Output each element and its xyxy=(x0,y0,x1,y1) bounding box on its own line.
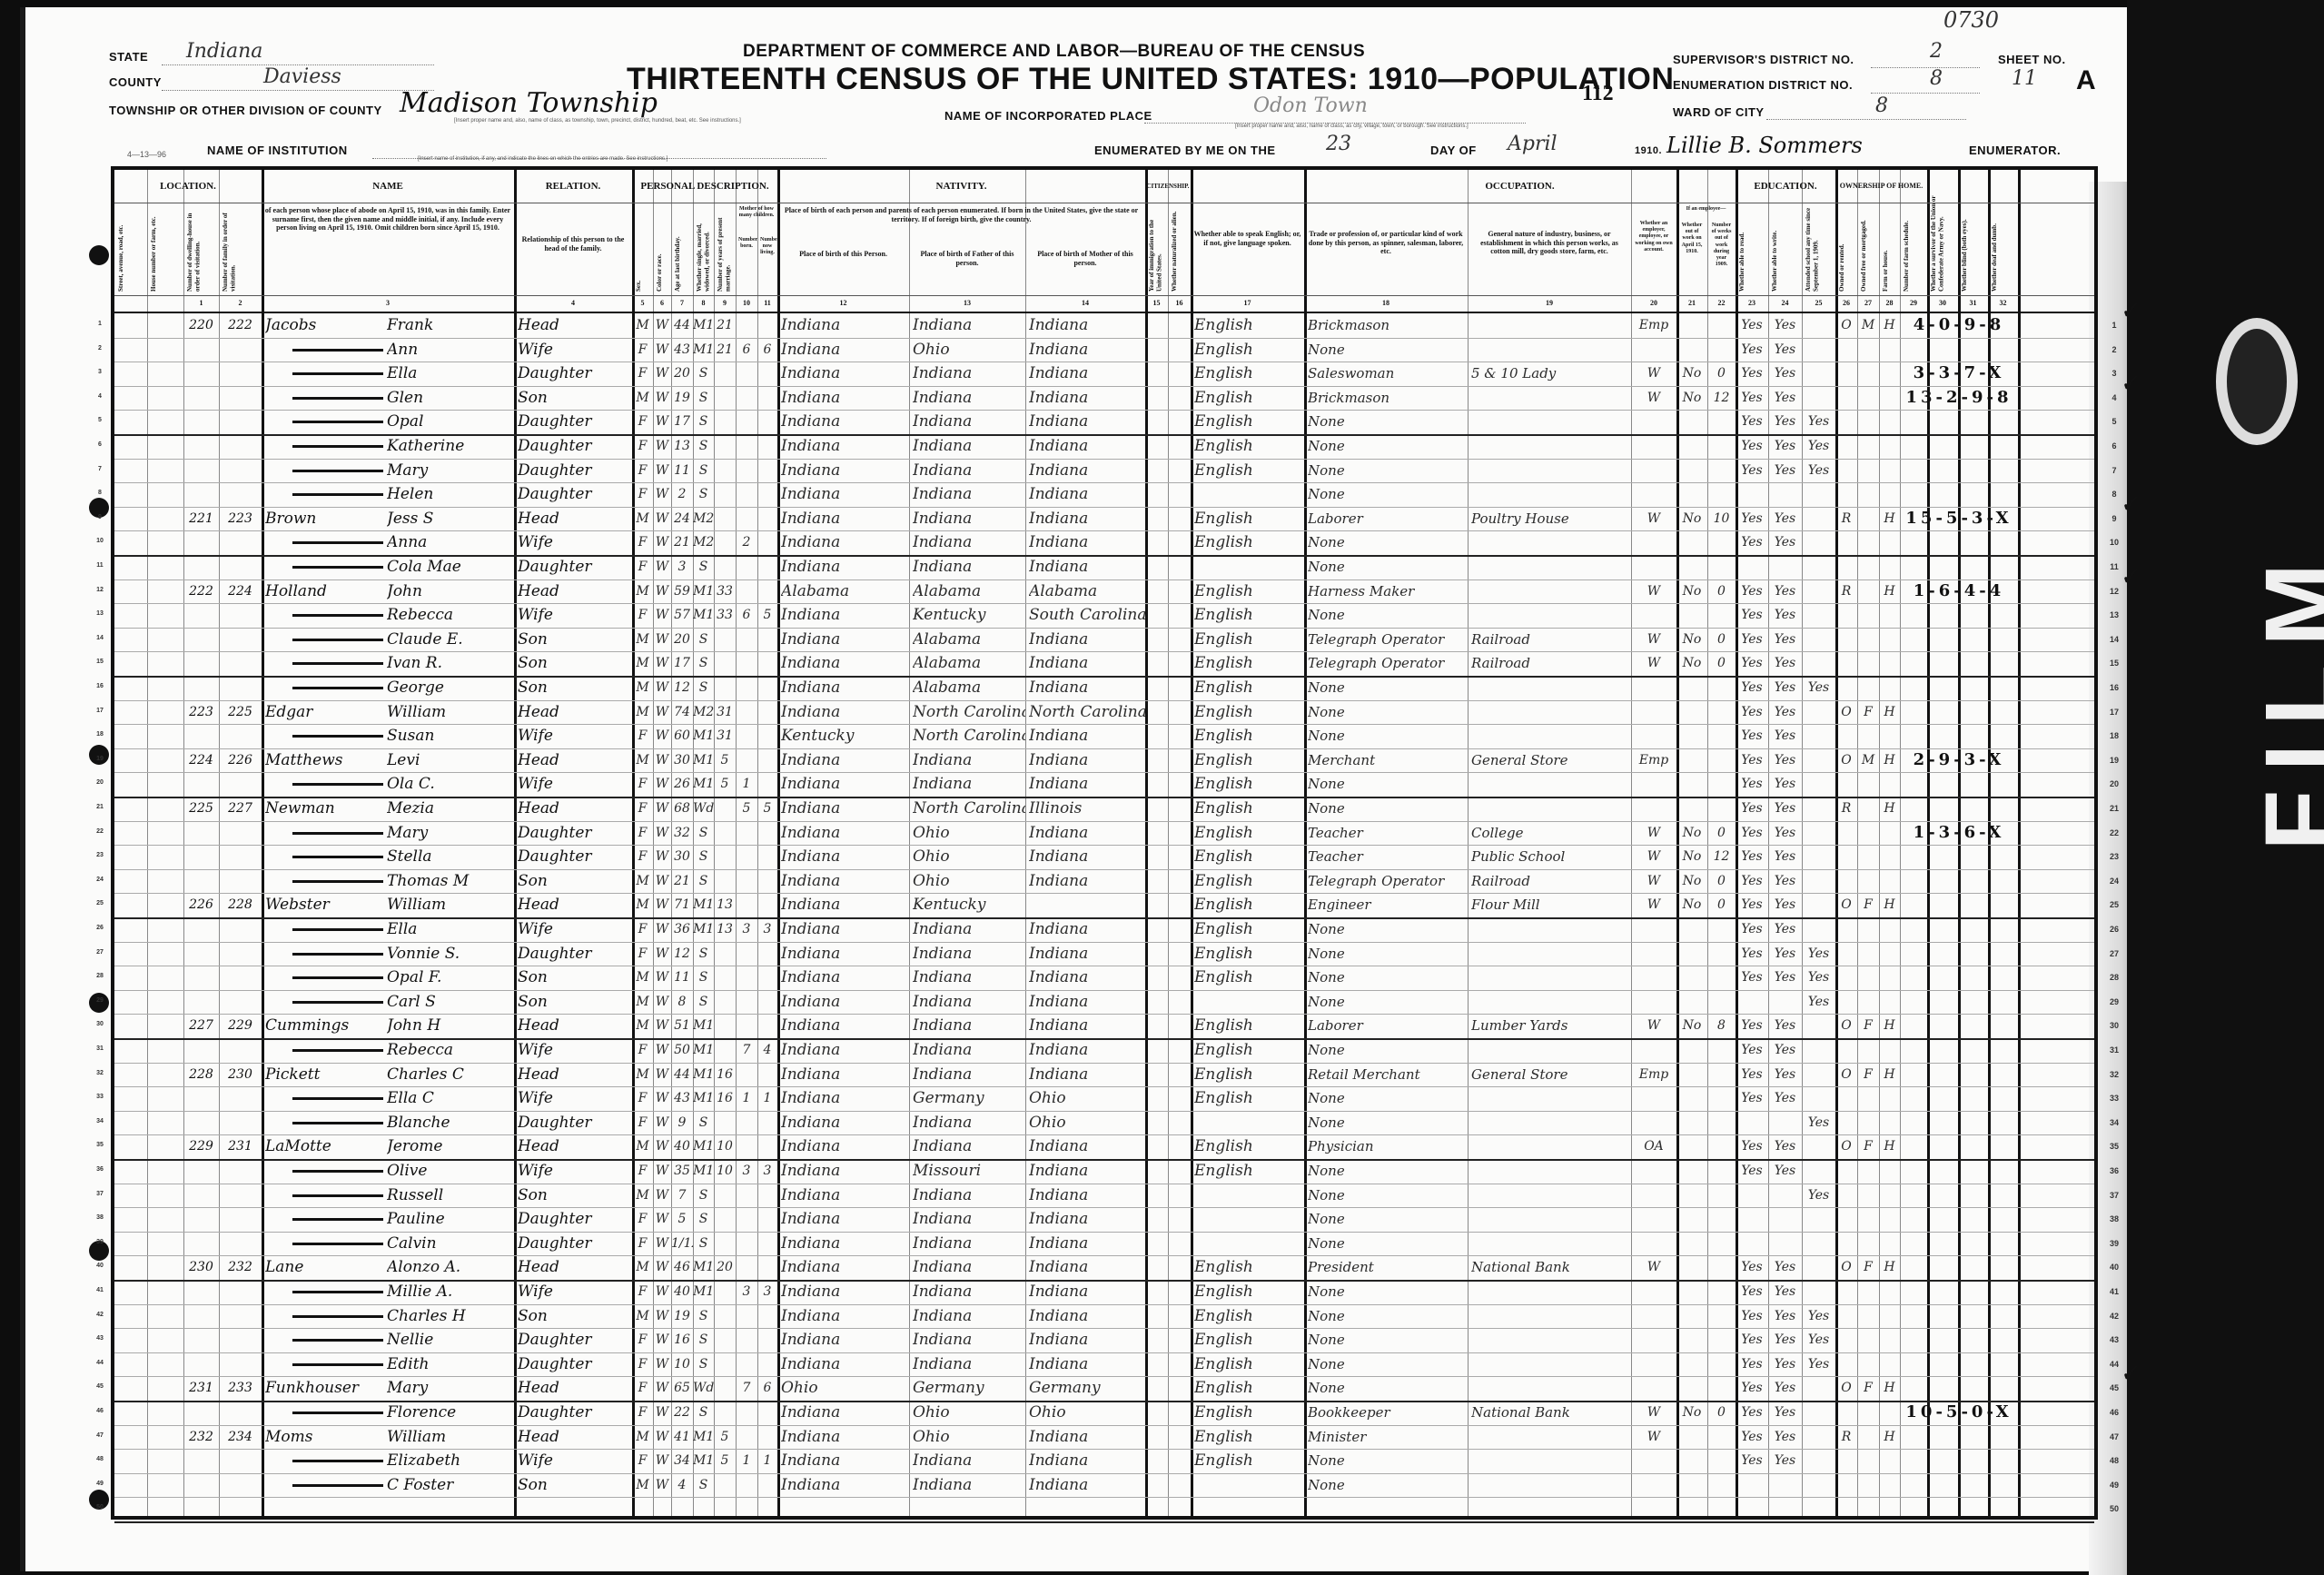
cell-bp: Indiana xyxy=(781,410,909,434)
cell-eng: English xyxy=(1194,1304,1304,1329)
cell-relation: Son xyxy=(518,966,632,990)
cell-relation: Wife xyxy=(518,603,632,628)
cell-bm: Indiana xyxy=(1029,1134,1145,1159)
table-row: OpalDaughterFW17SIndianaIndianaIndianaEn… xyxy=(114,410,2094,434)
cell-race: W xyxy=(653,942,671,966)
year-label: 1910. xyxy=(1635,145,1662,156)
cell-relation: Daughter xyxy=(518,459,632,483)
cell-marital: M1 xyxy=(693,579,714,604)
table-row: EdithDaughterFW10SIndianaIndianaIndianaE… xyxy=(114,1352,2094,1377)
cell-marital: S xyxy=(693,628,714,652)
cell-eng: English xyxy=(1194,362,1304,386)
cell-relation: Wife xyxy=(518,1449,632,1473)
cell-rd: Yes xyxy=(1736,845,1768,869)
cell-surname: Edgar xyxy=(265,700,374,725)
cell-given: Mary xyxy=(387,459,514,483)
cell-given: Ella C xyxy=(387,1086,514,1111)
cell-given: Ann xyxy=(387,338,514,362)
line-number-left: 29 xyxy=(91,997,109,1004)
cell-age: 2 xyxy=(671,482,693,507)
cell-wr: Yes xyxy=(1768,700,1802,725)
cell-race: W xyxy=(653,1232,671,1256)
cell-given: Mary xyxy=(387,821,514,846)
line-number: 21 xyxy=(2105,804,2123,813)
cell-sex: M xyxy=(632,748,653,773)
cell-wr: Yes xyxy=(1768,1280,1802,1304)
cell-trade: None xyxy=(1308,724,1468,748)
cell-marital: S xyxy=(693,845,714,869)
cell-wr: Yes xyxy=(1768,579,1802,604)
cell-bm: Indiana xyxy=(1029,1184,1145,1208)
cell-dwelling: 227 xyxy=(183,1014,219,1038)
line-number: 20 xyxy=(2105,779,2123,788)
ditto-mark xyxy=(292,832,383,835)
cell-sex: M xyxy=(632,1304,653,1329)
line-number: 50 xyxy=(2105,1504,2123,1513)
cell-eng: English xyxy=(1194,676,1304,700)
ditto-mark xyxy=(292,1484,383,1487)
table-row: MaryDaughterFW32SIndianaOhioIndianaEngli… xyxy=(114,821,2094,846)
cell-family: 225 xyxy=(219,700,262,725)
cell-race: W xyxy=(653,1473,671,1498)
cell-marital: Wd xyxy=(693,797,714,821)
ditto-mark xyxy=(292,639,383,641)
cell-born: 3 xyxy=(736,1159,757,1184)
cell-ow: No xyxy=(1676,821,1707,846)
cell-sex: F xyxy=(632,530,653,555)
cell-given: Ella xyxy=(387,362,514,386)
cell-age: 21 xyxy=(671,869,693,894)
cell-sex: M xyxy=(632,990,653,1015)
ditto-mark xyxy=(292,372,383,375)
cell-ow: No xyxy=(1676,893,1707,917)
cell-given: Susan xyxy=(387,724,514,748)
table-row: GeorgeSonMW12SIndianaAlabamaIndianaEngli… xyxy=(114,676,2094,700)
cell-given: Carl S xyxy=(387,990,514,1015)
cell-bp: Indiana xyxy=(781,1401,909,1425)
table-row: Ola C.WifeFW26M151IndianaIndianaIndianaE… xyxy=(114,772,2094,797)
cell-bp: Alabama xyxy=(781,579,909,604)
cell-bf: Indiana xyxy=(913,1134,1025,1159)
table-row: 229231LaMotteJeromeHeadMW40M110IndianaIn… xyxy=(114,1134,2094,1159)
cell-extra: 10-5-0-X xyxy=(1900,1401,2018,1425)
cell-bp: Indiana xyxy=(781,1111,909,1135)
cell-given: Russell xyxy=(387,1184,514,1208)
cell-marital: M1 xyxy=(693,1425,714,1450)
cell-emp: W xyxy=(1631,628,1676,652)
cell-industry: National Bank xyxy=(1471,1401,1631,1425)
cell-eng: English xyxy=(1194,603,1304,628)
cell-wr: Yes xyxy=(1768,1449,1802,1473)
cell-age: 13 xyxy=(671,434,693,459)
cell-rd: Yes xyxy=(1736,386,1768,411)
cell-trade: None xyxy=(1308,1207,1468,1232)
cell-sch: Yes xyxy=(1802,990,1835,1015)
state-value: Indiana xyxy=(186,40,262,63)
cell-sex: M xyxy=(632,313,653,338)
cell-own: O xyxy=(1835,748,1857,773)
cell-race: W xyxy=(653,1207,671,1232)
sheet-label: SHEET NO. xyxy=(1998,53,2066,66)
cell-trade: None xyxy=(1308,1232,1468,1256)
cell-trade: Telegraph Operator xyxy=(1308,651,1468,676)
cell-free: F xyxy=(1857,1255,1879,1280)
line-number-left: 44 xyxy=(91,1360,109,1366)
cell-bm: South Carolina xyxy=(1029,603,1145,628)
cell-given: Mezia xyxy=(387,797,514,821)
cell-rd: Yes xyxy=(1736,1304,1768,1329)
sheet-value: 11 xyxy=(2012,67,2037,90)
cell-sex: M xyxy=(632,1255,653,1280)
cell-race: W xyxy=(653,821,671,846)
header-out-of-work: Whether out of work on April 15, 1910. xyxy=(1676,219,1707,292)
cell-age: 44 xyxy=(671,313,693,338)
header-industry: General nature of industry, business, or… xyxy=(1468,203,1631,295)
cell-fh: H xyxy=(1879,579,1900,604)
cell-family: 227 xyxy=(219,797,262,821)
column-number: 9 xyxy=(714,295,736,312)
table-row: StellaDaughterFW30SIndianaOhioIndianaEng… xyxy=(114,845,2094,869)
cell-bm: Indiana xyxy=(1029,507,1145,531)
cell-sch: Yes xyxy=(1802,942,1835,966)
cell-given: Jerome xyxy=(387,1134,514,1159)
cell-marital: S xyxy=(693,555,714,579)
cell-extra: 15-5-3-X xyxy=(1900,507,2018,531)
cell-industry: National Bank xyxy=(1471,1255,1631,1280)
ditto-mark xyxy=(292,1170,383,1173)
cell-age: 19 xyxy=(671,386,693,411)
header-street: Street, avenue, road, etc. xyxy=(114,203,147,295)
cell-marital: M1 xyxy=(693,338,714,362)
line-number: 43 xyxy=(2105,1335,2123,1344)
cell-given: William xyxy=(387,893,514,917)
cell-fh: H xyxy=(1879,1014,1900,1038)
cell-bm: Indiana xyxy=(1029,990,1145,1015)
cell-emp: OA xyxy=(1631,1134,1676,1159)
line-number-left: 24 xyxy=(91,877,109,883)
cell-age: 71 xyxy=(671,893,693,917)
table-row: 232234MomsWilliamHeadMW41M15IndianaOhioI… xyxy=(114,1425,2094,1450)
cell-bm: Indiana xyxy=(1029,1473,1145,1498)
cell-bp: Indiana xyxy=(781,482,909,507)
header-school: Attended school any time since September… xyxy=(1802,203,1835,295)
cell-industry: Public School xyxy=(1471,845,1631,869)
cell-age: 5 xyxy=(671,1207,693,1232)
ditto-mark xyxy=(292,1218,383,1221)
cell-given: Opal F. xyxy=(387,966,514,990)
line-number: 46 xyxy=(2105,1408,2123,1417)
cell-bf: Alabama xyxy=(913,579,1025,604)
cell-marital: M2 xyxy=(693,530,714,555)
cell-years: 31 xyxy=(714,724,736,748)
cell-bp: Indiana xyxy=(781,1063,909,1087)
line-number-left: 30 xyxy=(91,1021,109,1027)
ditto-mark xyxy=(292,1097,383,1100)
cell-trade: Telegraph Operator xyxy=(1308,628,1468,652)
cell-marital: S xyxy=(693,386,714,411)
cell-marital: M1 xyxy=(693,1038,714,1063)
cell-rd: Yes xyxy=(1736,1134,1768,1159)
header-farm-schedule: Number of farm schedule. xyxy=(1900,203,1927,295)
column-number: 26 xyxy=(1835,295,1857,312)
cell-ow: No xyxy=(1676,628,1707,652)
header-english: Whether able to speak English; or, if no… xyxy=(1191,203,1304,295)
line-number-left: 21 xyxy=(91,804,109,810)
cell-bm: Indiana xyxy=(1029,555,1145,579)
cell-trade: Laborer xyxy=(1308,507,1468,531)
cell-free: M xyxy=(1857,748,1879,773)
cell-given: Vonnie S. xyxy=(387,942,514,966)
line-number-left: 10 xyxy=(91,538,109,544)
cell-bf: North Carolina xyxy=(913,724,1025,748)
cell-race: W xyxy=(653,579,671,604)
cell-family: 224 xyxy=(219,579,262,604)
line-number-left: 9 xyxy=(91,514,109,520)
cell-age: 1/12 xyxy=(671,1232,693,1256)
cell-race: W xyxy=(653,869,671,894)
cell-family: 230 xyxy=(219,1063,262,1087)
cell-sch: Yes xyxy=(1802,459,1835,483)
cell-race: W xyxy=(653,1376,671,1401)
cell-dwelling: 230 xyxy=(183,1255,219,1280)
cell-race: W xyxy=(653,1425,671,1450)
ditto-mark xyxy=(292,541,383,544)
cell-eng: English xyxy=(1194,313,1304,338)
cell-trade: None xyxy=(1308,1159,1468,1184)
cell-wr: Yes xyxy=(1768,1038,1802,1063)
header-color: Color or race. xyxy=(653,203,671,295)
cell-years: 21 xyxy=(714,313,736,338)
cell-eng: English xyxy=(1194,893,1304,917)
cell-given: Blanche xyxy=(387,1111,514,1135)
cell-rd: Yes xyxy=(1736,772,1768,797)
column-number: 7 xyxy=(671,295,693,312)
cell-emp: W xyxy=(1631,893,1676,917)
cell-bf: Indiana xyxy=(913,482,1025,507)
table-row: 224226MatthewsLeviHeadMW30M15IndianaIndi… xyxy=(114,748,2094,773)
cell-marital: M1 xyxy=(693,1449,714,1473)
cell-bm: Indiana xyxy=(1029,482,1145,507)
line-number-left: 11 xyxy=(91,562,109,569)
cell-emp: Emp xyxy=(1631,748,1676,773)
line-number-left: 5 xyxy=(91,417,109,423)
cell-eng: English xyxy=(1194,797,1304,821)
cell-wr: Yes xyxy=(1768,362,1802,386)
cell-trade: Physician xyxy=(1308,1134,1468,1159)
cell-bp: Indiana xyxy=(781,1014,909,1038)
cell-trade: None xyxy=(1308,555,1468,579)
group-education: EDUCATION. xyxy=(1736,170,1835,203)
cell-sex: F xyxy=(632,434,653,459)
cell-race: W xyxy=(653,1038,671,1063)
cell-age: 51 xyxy=(671,1014,693,1038)
cell-industry: Lumber Yards xyxy=(1471,1014,1631,1038)
cell-marital: M1 xyxy=(693,893,714,917)
line-number: 47 xyxy=(2105,1432,2123,1441)
cell-bf: Alabama xyxy=(913,676,1025,700)
cell-surname: Webster xyxy=(265,893,374,917)
cell-given: Ola C. xyxy=(387,772,514,797)
cell-own: O xyxy=(1835,893,1857,917)
cell-given: Pauline xyxy=(387,1207,514,1232)
cell-ow: No xyxy=(1676,507,1707,531)
table-row: RebeccaWifeFW50M174IndianaIndianaIndiana… xyxy=(114,1038,2094,1063)
cell-bm: Indiana xyxy=(1029,676,1145,700)
cell-bf: Missouri xyxy=(913,1159,1025,1184)
enumerator-name: Lillie B. Sommers xyxy=(1666,133,1863,158)
ditto-mark xyxy=(292,349,383,352)
cell-emp: W xyxy=(1631,362,1676,386)
cell-trade: None xyxy=(1308,1376,1468,1401)
cell-bf: Kentucky xyxy=(913,893,1025,917)
cell-born: 3 xyxy=(736,1280,757,1304)
cell-bp: Indiana xyxy=(781,1232,909,1256)
cell-bp: Indiana xyxy=(781,1134,909,1159)
column-number: 31 xyxy=(1958,295,1988,312)
cell-race: W xyxy=(653,434,671,459)
group-citizenship: CITIZENSHIP. xyxy=(1145,170,1191,203)
cell-bf: Indiana xyxy=(913,772,1025,797)
cell-trade: None xyxy=(1308,797,1468,821)
line-number: 19 xyxy=(2105,756,2123,765)
cell-age: 32 xyxy=(671,821,693,846)
line-number-left: 7 xyxy=(91,466,109,472)
cell-surname: LaMotte xyxy=(265,1134,374,1159)
cell-bp: Indiana xyxy=(781,555,909,579)
cell-sex: F xyxy=(632,1401,653,1425)
table-row: 220222JacobsFrankHeadMW44M121IndianaIndi… xyxy=(114,313,2094,338)
cell-emp: W xyxy=(1631,845,1676,869)
column-number: 1 xyxy=(183,295,219,312)
cell-bf: Indiana xyxy=(913,434,1025,459)
cell-trade: None xyxy=(1308,1086,1468,1111)
cell-rd: Yes xyxy=(1736,1063,1768,1087)
cell-given: Levi xyxy=(387,748,514,773)
sheet-letter: A xyxy=(2076,65,2096,96)
cell-sex: F xyxy=(632,482,653,507)
cell-age: 8 xyxy=(671,990,693,1015)
line-number-left: 48 xyxy=(91,1456,109,1462)
cell-eng: English xyxy=(1194,459,1304,483)
cell-years: 5 xyxy=(714,748,736,773)
line-number-left: 12 xyxy=(91,587,109,593)
cell-age: 43 xyxy=(671,338,693,362)
cell-eng: English xyxy=(1194,1134,1304,1159)
line-number-left: 22 xyxy=(91,828,109,835)
cell-bm: Indiana xyxy=(1029,1207,1145,1232)
cell-industry: General Store xyxy=(1471,748,1631,773)
cell-emp: W xyxy=(1631,869,1676,894)
cell-relation: Son xyxy=(518,651,632,676)
cell-bm: Indiana xyxy=(1029,821,1145,846)
cell-race: W xyxy=(653,338,671,362)
cell-eng: English xyxy=(1194,651,1304,676)
ditto-mark xyxy=(292,614,383,617)
cell-rd: Yes xyxy=(1736,651,1768,676)
cell-relation: Son xyxy=(518,1304,632,1329)
cell-bf: Indiana xyxy=(913,459,1025,483)
line-number-left: 27 xyxy=(91,949,109,956)
cell-wr: Yes xyxy=(1768,1328,1802,1352)
table-row: FlorenceDaughterFW22SIndianaOhioOhioEngl… xyxy=(114,1401,2094,1425)
cell-marital: S xyxy=(693,869,714,894)
cell-relation: Head xyxy=(518,579,632,604)
line-number: 48 xyxy=(2105,1456,2123,1465)
cell-living: 5 xyxy=(757,603,777,628)
cell-wr: Yes xyxy=(1768,966,1802,990)
cell-wr: Yes xyxy=(1768,748,1802,773)
cell-fh: H xyxy=(1879,1425,1900,1450)
cell-marital: M1 xyxy=(693,917,714,942)
cell-trade: None xyxy=(1308,1304,1468,1329)
cell-fh: H xyxy=(1879,1376,1900,1401)
line-number-left: 4 xyxy=(91,393,109,400)
table-row: PaulineDaughterFW5SIndianaIndianaIndiana… xyxy=(114,1207,2094,1232)
cell-wr: Yes xyxy=(1768,434,1802,459)
cell-wr: Yes xyxy=(1768,603,1802,628)
cell-emp: Emp xyxy=(1631,313,1676,338)
line-number: 22 xyxy=(2105,828,2123,837)
table-row: 231233FunkhouserMaryHeadFW65Wd76OhioGerm… xyxy=(114,1376,2094,1401)
line-number-left: 38 xyxy=(91,1214,109,1221)
cell-bm: Indiana xyxy=(1029,530,1145,555)
line-number-left: 20 xyxy=(91,779,109,786)
cell-wr: Yes xyxy=(1768,1134,1802,1159)
cell-bm: Indiana xyxy=(1029,1352,1145,1377)
cell-race: W xyxy=(653,628,671,652)
cell-years: 21 xyxy=(714,338,736,362)
cell-age: 30 xyxy=(671,845,693,869)
cell-bf: Ohio xyxy=(913,1401,1025,1425)
cell-bf: Indiana xyxy=(913,748,1025,773)
enumeration-label: ENUMERATION DISTRICT NO. xyxy=(1673,78,1853,92)
cell-years: 10 xyxy=(714,1159,736,1184)
cell-relation: Son xyxy=(518,990,632,1015)
cell-age: 68 xyxy=(671,797,693,821)
cell-living: 5 xyxy=(757,797,777,821)
line-number: 33 xyxy=(2105,1094,2123,1103)
line-number: 29 xyxy=(2105,997,2123,1006)
cell-age: 57 xyxy=(671,603,693,628)
state-label: STATE xyxy=(109,50,148,64)
cell-industry: General Store xyxy=(1471,1063,1631,1087)
line-number-left: 13 xyxy=(91,610,109,617)
cell-living: 6 xyxy=(757,1376,777,1401)
cell-bf: Indiana xyxy=(913,1328,1025,1352)
table-row: RussellSonMW7SIndianaIndianaIndianaNoneY… xyxy=(114,1184,2094,1208)
header-weeks-out: Number of weeks out of work during year … xyxy=(1707,219,1736,292)
cell-marital: M1 xyxy=(693,1280,714,1304)
cell-dwelling: 228 xyxy=(183,1063,219,1087)
cell-fh: H xyxy=(1879,797,1900,821)
cell-marital: M1 xyxy=(693,1159,714,1184)
cell-trade: None xyxy=(1308,1328,1468,1352)
cell-relation: Son xyxy=(518,1473,632,1498)
cell-bm: Indiana xyxy=(1029,313,1145,338)
line-number: 35 xyxy=(2105,1142,2123,1151)
cell-years: 13 xyxy=(714,893,736,917)
cell-age: 34 xyxy=(671,1449,693,1473)
cell-relation: Head xyxy=(518,1014,632,1038)
cell-sch: Yes xyxy=(1802,1111,1835,1135)
cell-sex: F xyxy=(632,1159,653,1184)
cell-wr: Yes xyxy=(1768,386,1802,411)
cell-emp: W xyxy=(1631,1425,1676,1450)
cell-bm: Indiana xyxy=(1029,942,1145,966)
cell-bp: Indiana xyxy=(781,700,909,725)
table-row: 225227NewmanMeziaHeadFW68Wd55IndianaNort… xyxy=(114,797,2094,821)
cell-given: William xyxy=(387,700,514,725)
